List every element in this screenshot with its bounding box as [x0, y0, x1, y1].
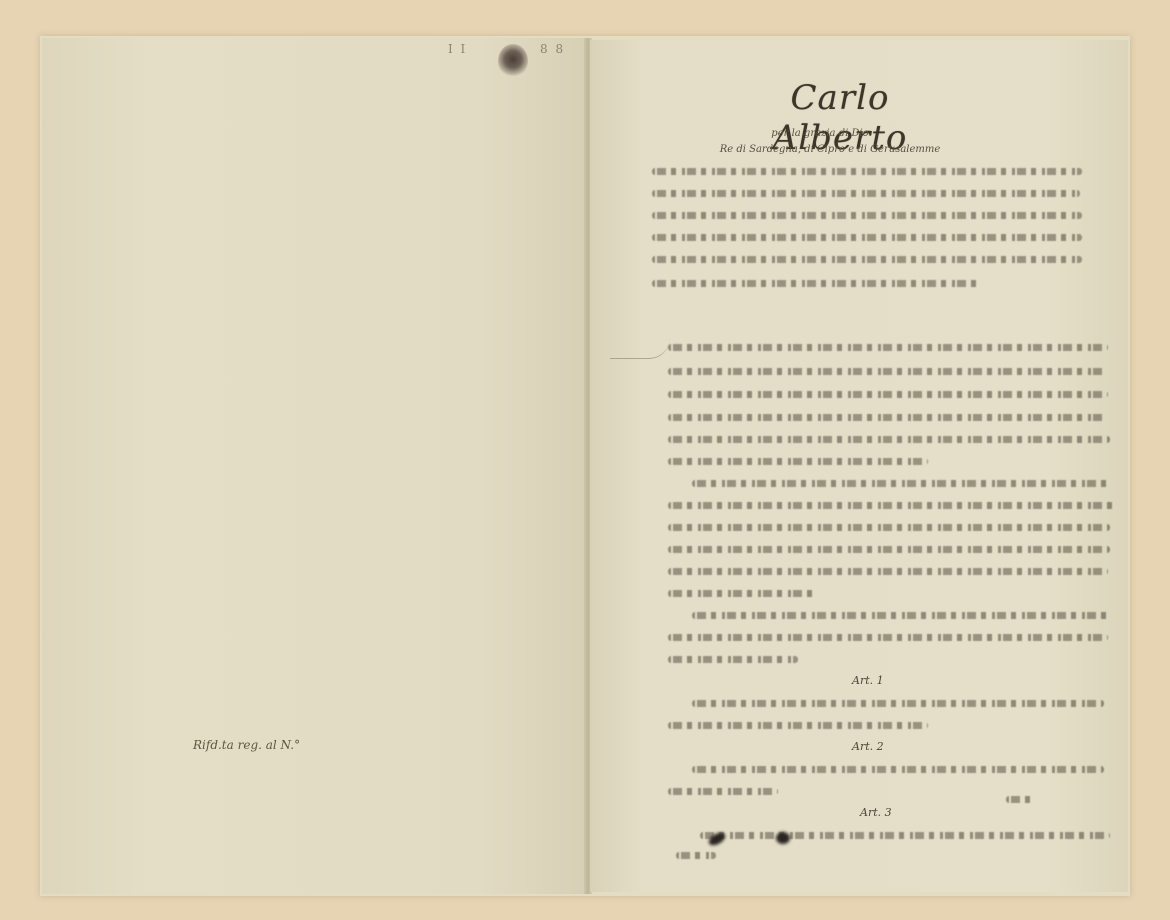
- body-line: [692, 480, 1110, 487]
- article-marker: Art. 2: [852, 740, 884, 753]
- body-line: [700, 832, 1110, 839]
- body-line: [668, 344, 1108, 351]
- body-line: [676, 852, 716, 859]
- left-page-note: Rifd.ta reg. al N.°: [193, 738, 300, 752]
- body-line: [1006, 796, 1032, 803]
- body-line: [668, 568, 1108, 575]
- body-line: [668, 524, 1110, 531]
- document-subtitle-1: per la grazia di Dio: [760, 128, 880, 139]
- body-line: [668, 722, 928, 729]
- ink-seal-icon: [498, 44, 528, 78]
- preamble-line: [652, 168, 1082, 175]
- body-line: [668, 656, 798, 663]
- top-margin-marks: I I: [448, 42, 467, 56]
- left-page: [42, 38, 586, 894]
- preamble-line: [652, 190, 1080, 197]
- body-line: [668, 458, 928, 465]
- document-subtitle-2: Re di Sardegna, di Cipro e di Gerusalemm…: [680, 144, 980, 155]
- body-line: [668, 436, 1110, 443]
- body-line: [668, 391, 1108, 398]
- body-line: [668, 414, 1106, 421]
- preamble-line: [652, 256, 1082, 263]
- body-line: [668, 590, 818, 597]
- top-margin-marks-right: 8 8: [540, 42, 565, 56]
- body-line: [668, 368, 1104, 375]
- preamble-line: [652, 234, 1082, 241]
- body-line: [668, 634, 1108, 641]
- body-line: [692, 766, 1104, 773]
- article-marker: Art. 1: [852, 674, 884, 687]
- body-line: [692, 700, 1104, 707]
- preamble-line: [652, 212, 1082, 219]
- body-line: [692, 612, 1110, 619]
- body-line: [668, 546, 1110, 553]
- body-line: [668, 788, 778, 795]
- ink-blot: [776, 832, 790, 844]
- preamble-line: [652, 280, 982, 287]
- article-marker: Art. 3: [860, 806, 892, 819]
- body-line: [668, 502, 1114, 509]
